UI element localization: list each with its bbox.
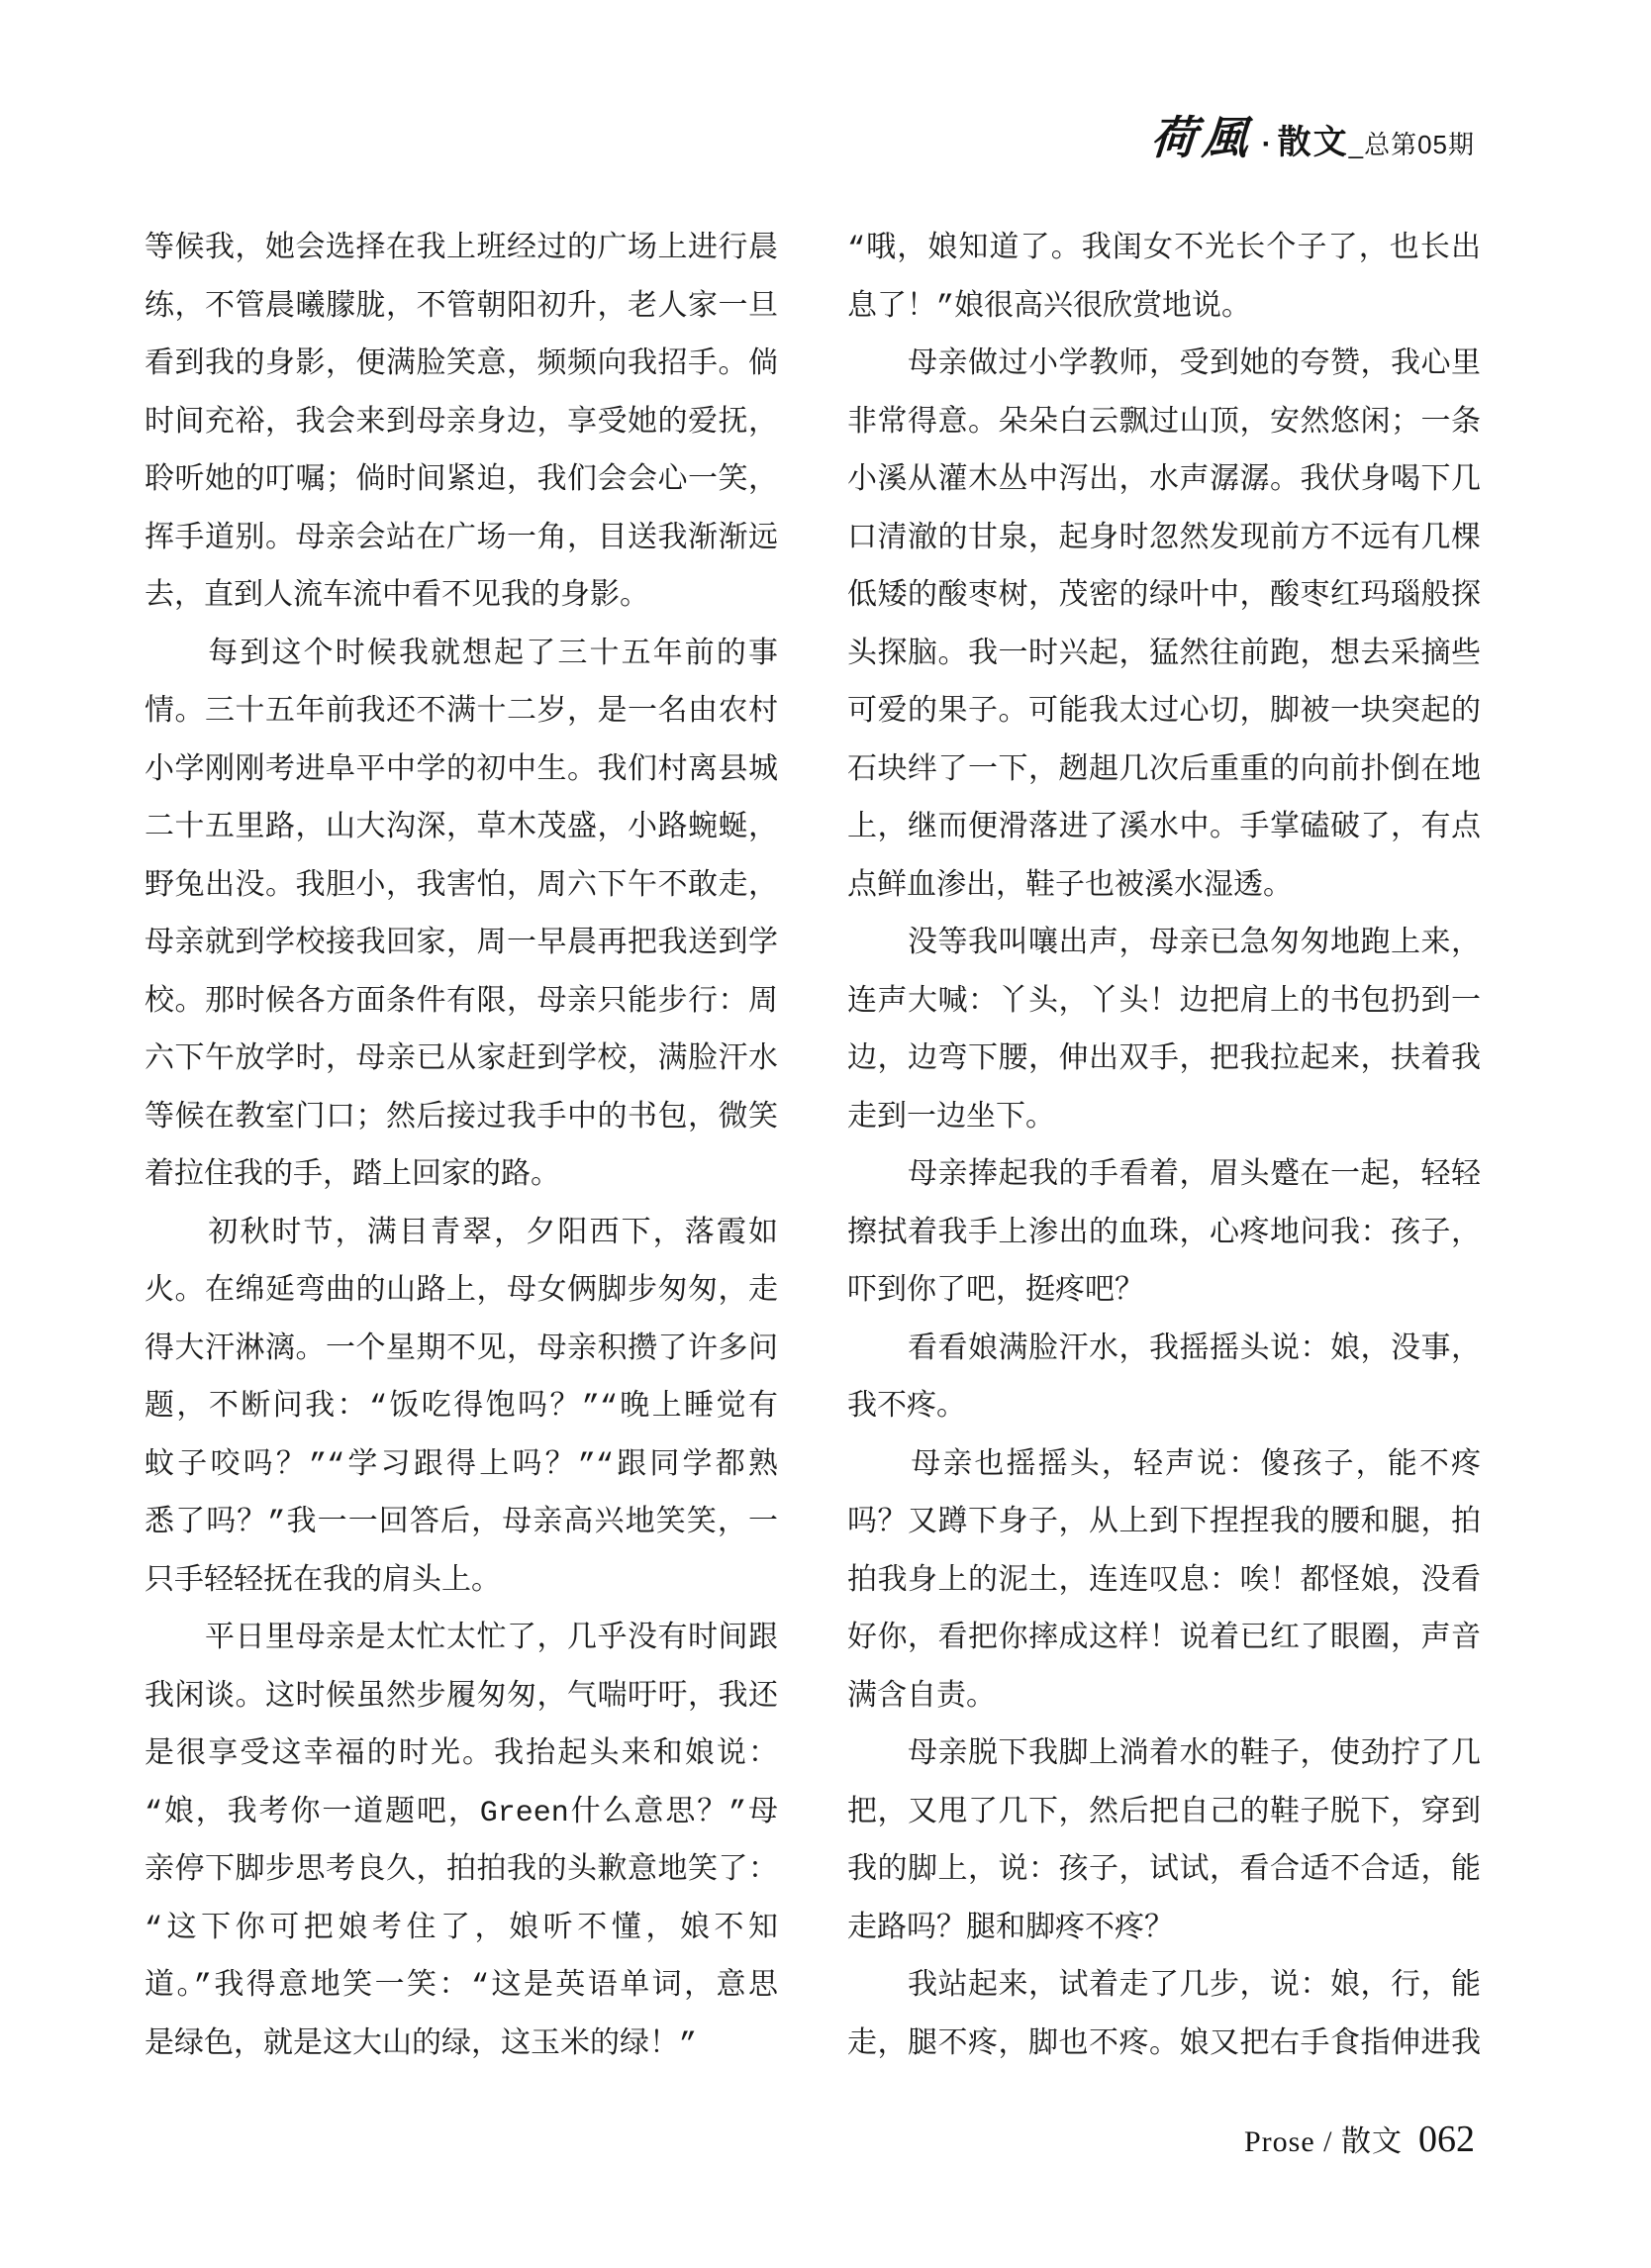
text-line: 母亲也摇摇头，轻声说：傻孩子，能不疼 [847, 1437, 1481, 1496]
text-line: 把，又甩了几下，然后把自己的鞋子脱下，穿到 [847, 1785, 1481, 1843]
paragraph: 等候我，她会选择在我上班经过的广场上进行晨练，不管晨曦朦胧，不管朝阳初升，老人家… [145, 221, 778, 627]
text-line: 头探脑。我一时兴起，猛然往前跑，想去采摘些 [847, 627, 1481, 685]
text-line: 亲停下脚步思考良久，拍拍我的头歉意地笑了： [145, 1842, 778, 1901]
text-line: 吗？又蹲下身子，从上到下捏捏我的腰和腿，拍 [847, 1495, 1481, 1553]
issue-number: _总第05期 [1349, 125, 1475, 161]
text-line: 野兔出没。我胆小，我害怕，周六下午不敢走， [145, 858, 778, 917]
column-right: “哦，娘知道了。我闺女不光长个子了，也长出息了！”娘很高兴很欣赏地说。 母亲做过… [847, 221, 1481, 2074]
text-line: 题，不断问我：“饭吃得饱吗？”“晚上睡觉有 [145, 1379, 778, 1437]
text-line: 擦拭着我手上渗出的血珠，心疼地问我：孩子， [847, 1206, 1481, 1264]
text-line: 连声大喊：丫头，丫头！边把肩上的书包扔到一 [847, 974, 1481, 1033]
text-line: 得大汗淋漓。一个星期不见，母亲积攒了许多问 [145, 1322, 778, 1380]
paragraph: 母亲捧起我的手看着，眉头蹙在一起，轻轻擦拭着我手上渗出的血珠，心疼地问我：孩子，… [847, 1147, 1481, 1322]
text-line: 没等我叫嚷出声，母亲已急匆匆地跑上来， [847, 916, 1481, 974]
text-line: 可爱的果子。可能我太过心切，脚被一块突起的 [847, 684, 1481, 742]
magazine-page: 荷風 · 散文 _总第05期 等候我，她会选择在我上班经过的广场上进行晨练，不管… [0, 0, 1651, 2268]
text-line: 走，腿不疼，脚也不疼。娘又把右手食指伸进我 [847, 2017, 1481, 2075]
text-line: 我闲谈。这时候虽然步履匆匆，气喘吁吁，我还 [145, 1669, 778, 1727]
text-line: 看到我的身影，便满脸笑意，频频向我招手。倘 [145, 337, 778, 395]
article-body: 等候我，她会选择在我上班经过的广场上进行晨练，不管晨曦朦胧，不管朝阳初升，老人家… [145, 221, 1481, 2074]
text-line: 拍我身上的泥土，连连叹息：唉！都怪娘，没看 [847, 1553, 1481, 1612]
text-line: 每到这个时候我就想起了三十五年前的事 [145, 627, 778, 685]
text-line: 吓到你了吧，挺疼吧？ [847, 1263, 1481, 1322]
text-line: 是绿色，就是这大山的绿，这玉米的绿！” [145, 2017, 778, 2075]
text-line: 初秋时节，满目青翠，夕阳西下，落霞如 [145, 1206, 778, 1264]
text-line: 母亲做过小学教师，受到她的夸赞，我心里 [847, 337, 1481, 395]
magazine-masthead: 荷風 · 散文 _总第05期 [1151, 102, 1475, 167]
text-line: 非常得意。朵朵白云飘过山顶，安然悠闲；一条 [847, 395, 1481, 453]
text-line: 二十五里路，山大沟深，草木茂盛，小路蜿蜒， [145, 800, 778, 858]
text-line: 情。三十五年前我还不满十二岁，是一名由农村 [145, 684, 778, 742]
paragraph: 没等我叫嚷出声，母亲已急匆匆地跑上来，连声大喊：丫头，丫头！边把肩上的书包扔到一… [847, 916, 1481, 1147]
magazine-logo-calligraphy: 荷風 [1148, 102, 1256, 167]
paragraph: 每到这个时候我就想起了三十五年前的事情。三十五年前我还不满十二岁，是一名由农村小… [145, 627, 778, 1206]
text-line: 小学刚刚考进阜平中学的初中生。我们村离县城 [145, 742, 778, 801]
text-line: 火。在绵延弯曲的山路上，母女俩脚步匆匆，走 [145, 1263, 778, 1322]
text-line: 点鲜血渗出，鞋子也被溪水湿透。 [847, 858, 1481, 917]
text-line: 去，直到人流车流中看不见我的身影。 [145, 568, 778, 627]
text-line: 挥手道别。母亲会站在广场一角，目送我渐渐远 [145, 511, 778, 569]
text-line: 边，边弯下腰，伸出双手，把我拉起来，扶着我 [847, 1032, 1481, 1090]
page-footer: Prose / 散文 062 [1244, 2117, 1475, 2161]
text-line: 校。那时候各方面条件有限，母亲只能步行：周 [145, 974, 778, 1033]
paragraph: 母亲也摇摇头，轻声说：傻孩子，能不疼吗？又蹲下身子，从上到下捏捏我的腰和腿，拍拍… [847, 1437, 1481, 1727]
text-line: 母亲脱下我脚上淌着水的鞋子，使劲拧了几 [847, 1726, 1481, 1785]
logo-dot-separator: · [1262, 128, 1272, 161]
text-line: 息了！”娘很高兴很欣赏地说。 [847, 279, 1481, 338]
text-line: 好你，看把你摔成这样！说着已红了眼圈，声音 [847, 1611, 1481, 1669]
text-line: “这下你可把娘考住了，娘听不懂，娘不知 [145, 1901, 778, 1959]
text-line: 着拉住我的手，踏上回家的路。 [145, 1147, 778, 1206]
footer-page-number: 062 [1418, 2118, 1475, 2161]
text-line: 是很享受这幸福的时光。我抬起头来和娘说： [145, 1726, 778, 1785]
text-line: 我站起来，试着走了几步，说：娘，行，能 [847, 1958, 1481, 2017]
text-line: 时间充裕，我会来到母亲身边，享受她的爱抚， [145, 395, 778, 453]
text-line: 我的脚上，说：孩子，试试，看合适不合适，能 [847, 1842, 1481, 1901]
text-line: 等候我，她会选择在我上班经过的广场上进行晨 [145, 221, 778, 279]
text-line: 我不疼。 [847, 1379, 1481, 1437]
footer-section-label: Prose / 散文 [1244, 2117, 1403, 2160]
text-line: 满含自责。 [847, 1669, 1481, 1727]
paragraph: “哦，娘知道了。我闺女不光长个子了，也长出息了！”娘很高兴很欣赏地说。 [847, 221, 1481, 337]
text-line: 口清澈的甘泉，起身时忽然发现前方不远有几棵 [847, 511, 1481, 569]
text-line: 母亲就到学校接我回家，周一早晨再把我送到学 [145, 916, 778, 974]
text-line: “娘，我考你一道题吧，Green什么意思？”母 [145, 1785, 778, 1843]
text-line: 悉了吗？”我一一回答后，母亲高兴地笑笑，一 [145, 1495, 778, 1553]
text-line: 低矮的酸枣树，茂密的绿叶中，酸枣红玛瑙般探 [847, 568, 1481, 627]
text-line: 只手轻轻抚在我的肩头上。 [145, 1553, 778, 1612]
section-title: 散文 [1278, 115, 1349, 163]
text-line: 上，继而便滑落进了溪水中。手掌磕破了，有点 [847, 800, 1481, 858]
text-line: 石块绊了一下，趔趄几次后重重的向前扑倒在地 [847, 742, 1481, 801]
paragraph: 母亲脱下我脚上淌着水的鞋子，使劲拧了几把，又甩了几下，然后把自己的鞋子脱下，穿到… [847, 1726, 1481, 1958]
text-line: 等候在教室门口；然后接过我手中的书包，微笑 [145, 1090, 778, 1148]
text-line: “哦，娘知道了。我闺女不光长个子了，也长出 [847, 221, 1481, 279]
text-line: 道。”我得意地笑一笑：“这是英语单词，意思 [145, 1958, 778, 2017]
paragraph: 平日里母亲是太忙太忙了，几乎没有时间跟我闲谈。这时候虽然步履匆匆，气喘吁吁，我还… [145, 1611, 778, 2074]
text-line: 小溪从灌木丛中泻出，水声潺潺。我伏身喝下几 [847, 452, 1481, 511]
text-line: 看看娘满脸汗水，我摇摇头说：娘，没事， [847, 1322, 1481, 1380]
paragraph: 母亲做过小学教师，受到她的夸赞，我心里非常得意。朵朵白云飘过山顶，安然悠闲；一条… [847, 337, 1481, 916]
text-line: 蚊子咬吗？”“学习跟得上吗？”“跟同学都熟 [145, 1437, 778, 1496]
paragraph: 初秋时节，满目青翠，夕阳西下，落霞如火。在绵延弯曲的山路上，母女俩脚步匆匆，走得… [145, 1206, 778, 1612]
text-line: 走到一边坐下。 [847, 1090, 1481, 1148]
text-line: 走路吗？腿和脚疼不疼？ [847, 1901, 1481, 1959]
text-line: 聆听她的叮嘱；倘时间紧迫，我们会会心一笑， [145, 452, 778, 511]
paragraph: 我站起来，试着走了几步，说：娘，行，能走，腿不疼，脚也不疼。娘又把右手食指伸进我 [847, 1958, 1481, 2074]
text-line: 六下午放学时，母亲已从家赶到学校，满脸汗水 [145, 1032, 778, 1090]
text-line: 母亲捧起我的手看着，眉头蹙在一起，轻轻 [847, 1147, 1481, 1206]
text-line: 平日里母亲是太忙太忙了，几乎没有时间跟 [145, 1611, 778, 1669]
column-left: 等候我，她会选择在我上班经过的广场上进行晨练，不管晨曦朦胧，不管朝阳初升，老人家… [145, 221, 778, 2074]
paragraph: 看看娘满脸汗水，我摇摇头说：娘，没事，我不疼。 [847, 1322, 1481, 1437]
text-line: 练，不管晨曦朦胧，不管朝阳初升，老人家一旦 [145, 279, 778, 338]
